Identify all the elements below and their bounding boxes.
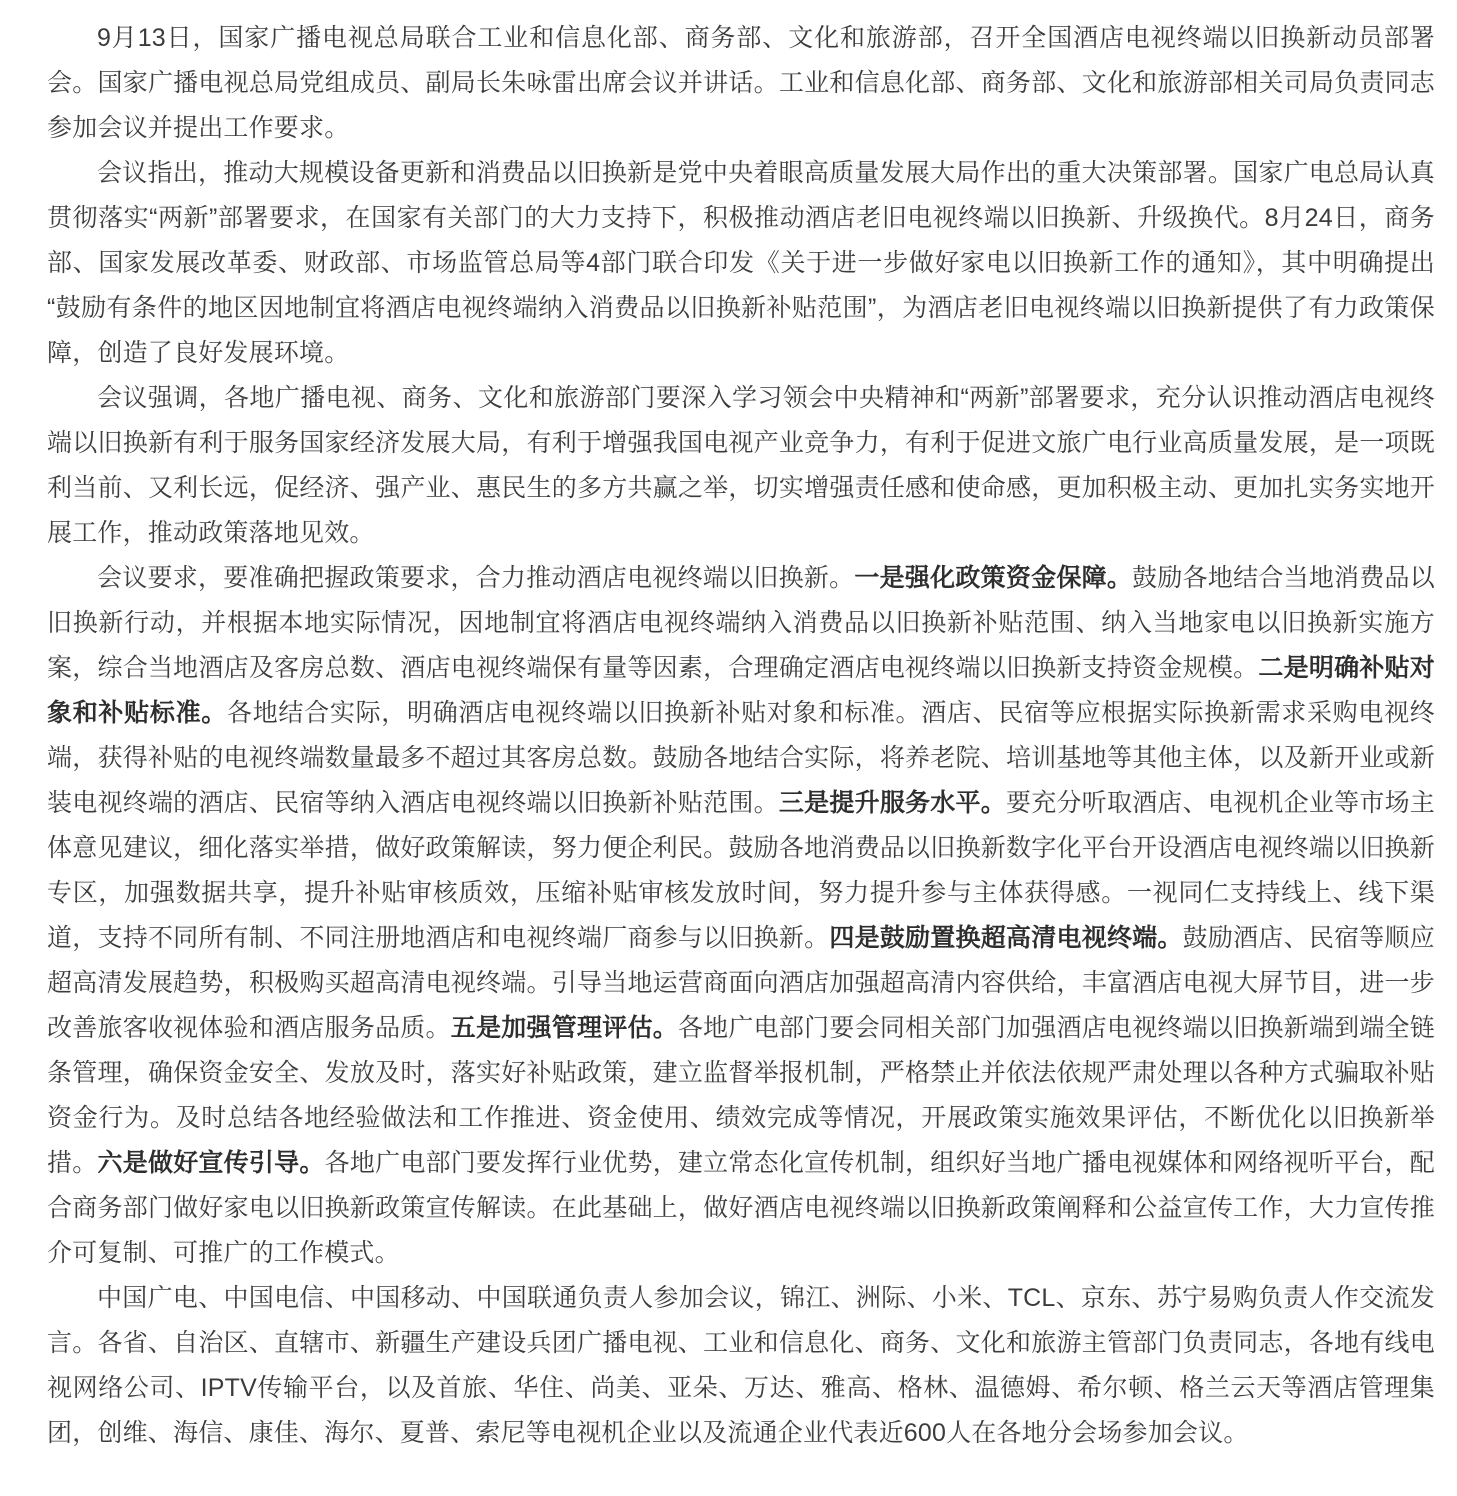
paragraph-4: 会议要求，要准确把握政策要求，合力推动酒店电视终端以旧换新。一是强化政策资金保障… bbox=[47, 556, 1435, 1276]
paragraph-3-text: 会议强调，各地广播电视、商务、文化和旅游部门要深入学习领会中央精神和“两新”部署… bbox=[47, 384, 1435, 547]
paragraph-1: 9月13日，国家广播电视总局联合工业和信息化部、商务部、文化和旅游部，召开全国酒… bbox=[47, 16, 1435, 151]
key-point-4-heading: 四是鼓励置换超高清电视终端。 bbox=[829, 924, 1182, 952]
paragraph-5: 中国广电、中国电信、中国移动、中国联通负责人参加会议，锦江、洲际、小米、TCL、… bbox=[47, 1276, 1435, 1456]
key-point-1-heading: 一是强化政策资金保障。 bbox=[854, 564, 1132, 592]
paragraph-2-text: 会议指出，推动大规模设备更新和消费品以旧换新是党中央着眼高质量发展大局作出的重大… bbox=[47, 159, 1435, 367]
article-body: 9月13日，国家广播电视总局联合工业和信息化部、商务部、文化和旅游部，召开全国酒… bbox=[0, 0, 1457, 1496]
paragraph-3: 会议强调，各地广播电视、商务、文化和旅游部门要深入学习领会中央精神和“两新”部署… bbox=[47, 376, 1435, 556]
paragraph-1-text: 9月13日，国家广播电视总局联合工业和信息化部、商务部、文化和旅游部，召开全国酒… bbox=[47, 24, 1435, 142]
key-point-3-heading: 三是提升服务水平。 bbox=[779, 789, 1006, 817]
key-point-5-heading: 五是加强管理评估。 bbox=[451, 1014, 678, 1042]
key-point-6-heading: 六是做好宣传引导。 bbox=[97, 1149, 324, 1177]
paragraph-2: 会议指出，推动大规模设备更新和消费品以旧换新是党中央着眼高质量发展大局作出的重大… bbox=[47, 151, 1435, 376]
paragraph-5-text: 中国广电、中国电信、中国移动、中国联通负责人参加会议，锦江、洲际、小米、TCL、… bbox=[47, 1284, 1435, 1447]
paragraph-4-intro-text: 会议要求，要准确把握政策要求，合力推动酒店电视终端以旧换新。 bbox=[97, 564, 854, 592]
